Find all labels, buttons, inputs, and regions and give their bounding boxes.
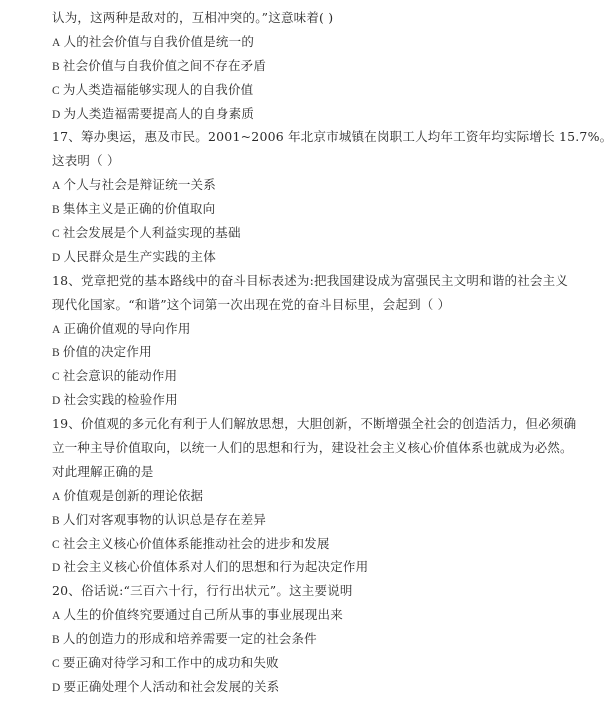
option-text: 社会主义核心价值体系对人们的思想和行为起决定作用 bbox=[64, 559, 369, 574]
option-a: A正确价值观的导向作用 bbox=[52, 317, 597, 341]
option-d: D社会实践的检验作用 bbox=[52, 388, 597, 412]
option-text: 正确价值观的导向作用 bbox=[64, 321, 191, 336]
option-text: 社会价值与自我价值之间不存在矛盾 bbox=[63, 58, 266, 73]
option-letter: D bbox=[52, 252, 61, 264]
question-stem-line: 17、筹办奥运，惠及市民。2001~2006 年北京市城镇在岗职工人均年工资年均… bbox=[52, 125, 597, 149]
question-19: 19、价值观的多元化有利于人们解放思想，大胆创新，不断增强全社会的创造活力，但必… bbox=[52, 412, 597, 579]
option-letter: D bbox=[52, 395, 61, 407]
option-letter: D bbox=[52, 562, 61, 574]
option-letter: C bbox=[52, 85, 60, 97]
option-letter: D bbox=[52, 682, 61, 694]
option-text: 社会实践的检验作用 bbox=[64, 392, 178, 407]
option-letter: B bbox=[52, 61, 60, 73]
option-b: B人的创造力的形成和培养需要一定的社会条件 bbox=[52, 627, 597, 651]
option-d: D要正确处理个人活动和社会发展的关系 bbox=[52, 675, 597, 699]
option-c: C为人类造福能够实现人的自我价值 bbox=[52, 78, 597, 102]
option-text: 人们对客观事物的认识总是存在差异 bbox=[63, 512, 266, 527]
option-b: B价值的决定作用 bbox=[52, 340, 597, 364]
option-text: 社会发展是个人利益实现的基础 bbox=[63, 225, 241, 240]
option-letter: B bbox=[52, 515, 60, 527]
option-letter: C bbox=[52, 228, 60, 240]
option-text: 为人类造福需要提高人的自身素质 bbox=[64, 106, 255, 121]
option-text: 为人类造福能够实现人的自我价值 bbox=[63, 82, 254, 97]
option-letter: A bbox=[52, 324, 61, 336]
option-letter: A bbox=[52, 610, 61, 622]
option-letter: B bbox=[52, 204, 60, 216]
option-letter: C bbox=[52, 658, 60, 670]
option-text: 社会主义核心价值体系能推动社会的进步和发展 bbox=[63, 536, 330, 551]
question-stem-line: 认为，这两种是敌对的，互相冲突的。”这意味着( ) bbox=[52, 6, 597, 30]
option-c: C社会意识的能动作用 bbox=[52, 364, 597, 388]
option-d: D为人类造福需要提高人的自身素质 bbox=[52, 102, 597, 126]
option-text: 人的社会价值与自我价值是统一的 bbox=[64, 34, 255, 49]
option-d: D社会主义核心价值体系对人们的思想和行为起决定作用 bbox=[52, 555, 597, 579]
question-16-continuation: 认为，这两种是敌对的，互相冲突的。”这意味着( ) A人的社会价值与自我价值是统… bbox=[52, 6, 597, 125]
option-letter: B bbox=[52, 634, 60, 646]
option-a: A价值观是创新的理论依据 bbox=[52, 484, 597, 508]
option-text: 价值观是创新的理论依据 bbox=[64, 488, 204, 503]
option-letter: A bbox=[52, 180, 61, 192]
option-letter: C bbox=[52, 539, 60, 551]
option-a: A人的社会价值与自我价值是统一的 bbox=[52, 30, 597, 54]
exam-page: 认为，这两种是敌对的，互相冲突的。”这意味着( ) A人的社会价值与自我价值是统… bbox=[52, 6, 597, 699]
option-b: B社会价值与自我价值之间不存在矛盾 bbox=[52, 54, 597, 78]
option-letter: A bbox=[52, 37, 61, 49]
option-b: B集体主义是正确的价值取向 bbox=[52, 197, 597, 221]
question-stem-line: 18、党章把党的基本路线中的奋斗目标表述为:把我国建设成为富强民主文明和谐的社会… bbox=[52, 269, 597, 293]
option-text: 个人与社会是辩证统一关系 bbox=[64, 177, 216, 192]
option-text: 要正确处理个人活动和社会发展的关系 bbox=[64, 679, 280, 694]
option-c: C要正确对待学习和工作中的成功和失败 bbox=[52, 651, 597, 675]
option-text: 人生的价值终究要通过自己所从事的事业展现出来 bbox=[64, 607, 343, 622]
option-letter: A bbox=[52, 491, 61, 503]
question-stem-line: 对此理解正确的是 bbox=[52, 460, 597, 484]
option-text: 要正确对待学习和工作中的成功和失败 bbox=[63, 655, 279, 670]
option-text: 集体主义是正确的价值取向 bbox=[63, 201, 215, 216]
option-d: D人民群众是生产实践的主体 bbox=[52, 245, 597, 269]
question-18: 18、党章把党的基本路线中的奋斗目标表述为:把我国建设成为富强民主文明和谐的社会… bbox=[52, 269, 597, 412]
question-stem-line: 这表明（ ） bbox=[52, 149, 597, 173]
option-a: A个人与社会是辩证统一关系 bbox=[52, 173, 597, 197]
option-c: C社会发展是个人利益实现的基础 bbox=[52, 221, 597, 245]
option-letter: B bbox=[52, 347, 60, 359]
option-text: 人民群众是生产实践的主体 bbox=[64, 249, 216, 264]
option-a: A人生的价值终究要通过自己所从事的事业展现出来 bbox=[52, 603, 597, 627]
option-text: 社会意识的能动作用 bbox=[63, 368, 177, 383]
option-letter: D bbox=[52, 109, 61, 121]
option-text: 价值的决定作用 bbox=[63, 344, 152, 359]
option-text: 人的创造力的形成和培养需要一定的社会条件 bbox=[63, 631, 317, 646]
question-stem-line: 19、价值观的多元化有利于人们解放思想，大胆创新，不断增强全社会的创造活力，但必… bbox=[52, 412, 597, 436]
question-stem-line: 20、俗话说:“三百六十行，行行出状元”。这主要说明 bbox=[52, 579, 597, 603]
question-17: 17、筹办奥运，惠及市民。2001~2006 年北京市城镇在岗职工人均年工资年均… bbox=[52, 125, 597, 268]
option-b: B人们对客观事物的认识总是存在差异 bbox=[52, 508, 597, 532]
option-letter: C bbox=[52, 371, 60, 383]
question-stem-line: 现代化国家。“和谐”这个词第一次出现在党的奋斗目标里，会起到（ ） bbox=[52, 293, 597, 317]
option-c: C社会主义核心价值体系能推动社会的进步和发展 bbox=[52, 532, 597, 556]
question-stem-line: 立一种主导价值取向，以统一人们的思想和行为，建设社会主义核心价值体系也就成为必然… bbox=[52, 436, 597, 460]
question-20: 20、俗话说:“三百六十行，行行出状元”。这主要说明 A人生的价值终究要通过自己… bbox=[52, 579, 597, 698]
